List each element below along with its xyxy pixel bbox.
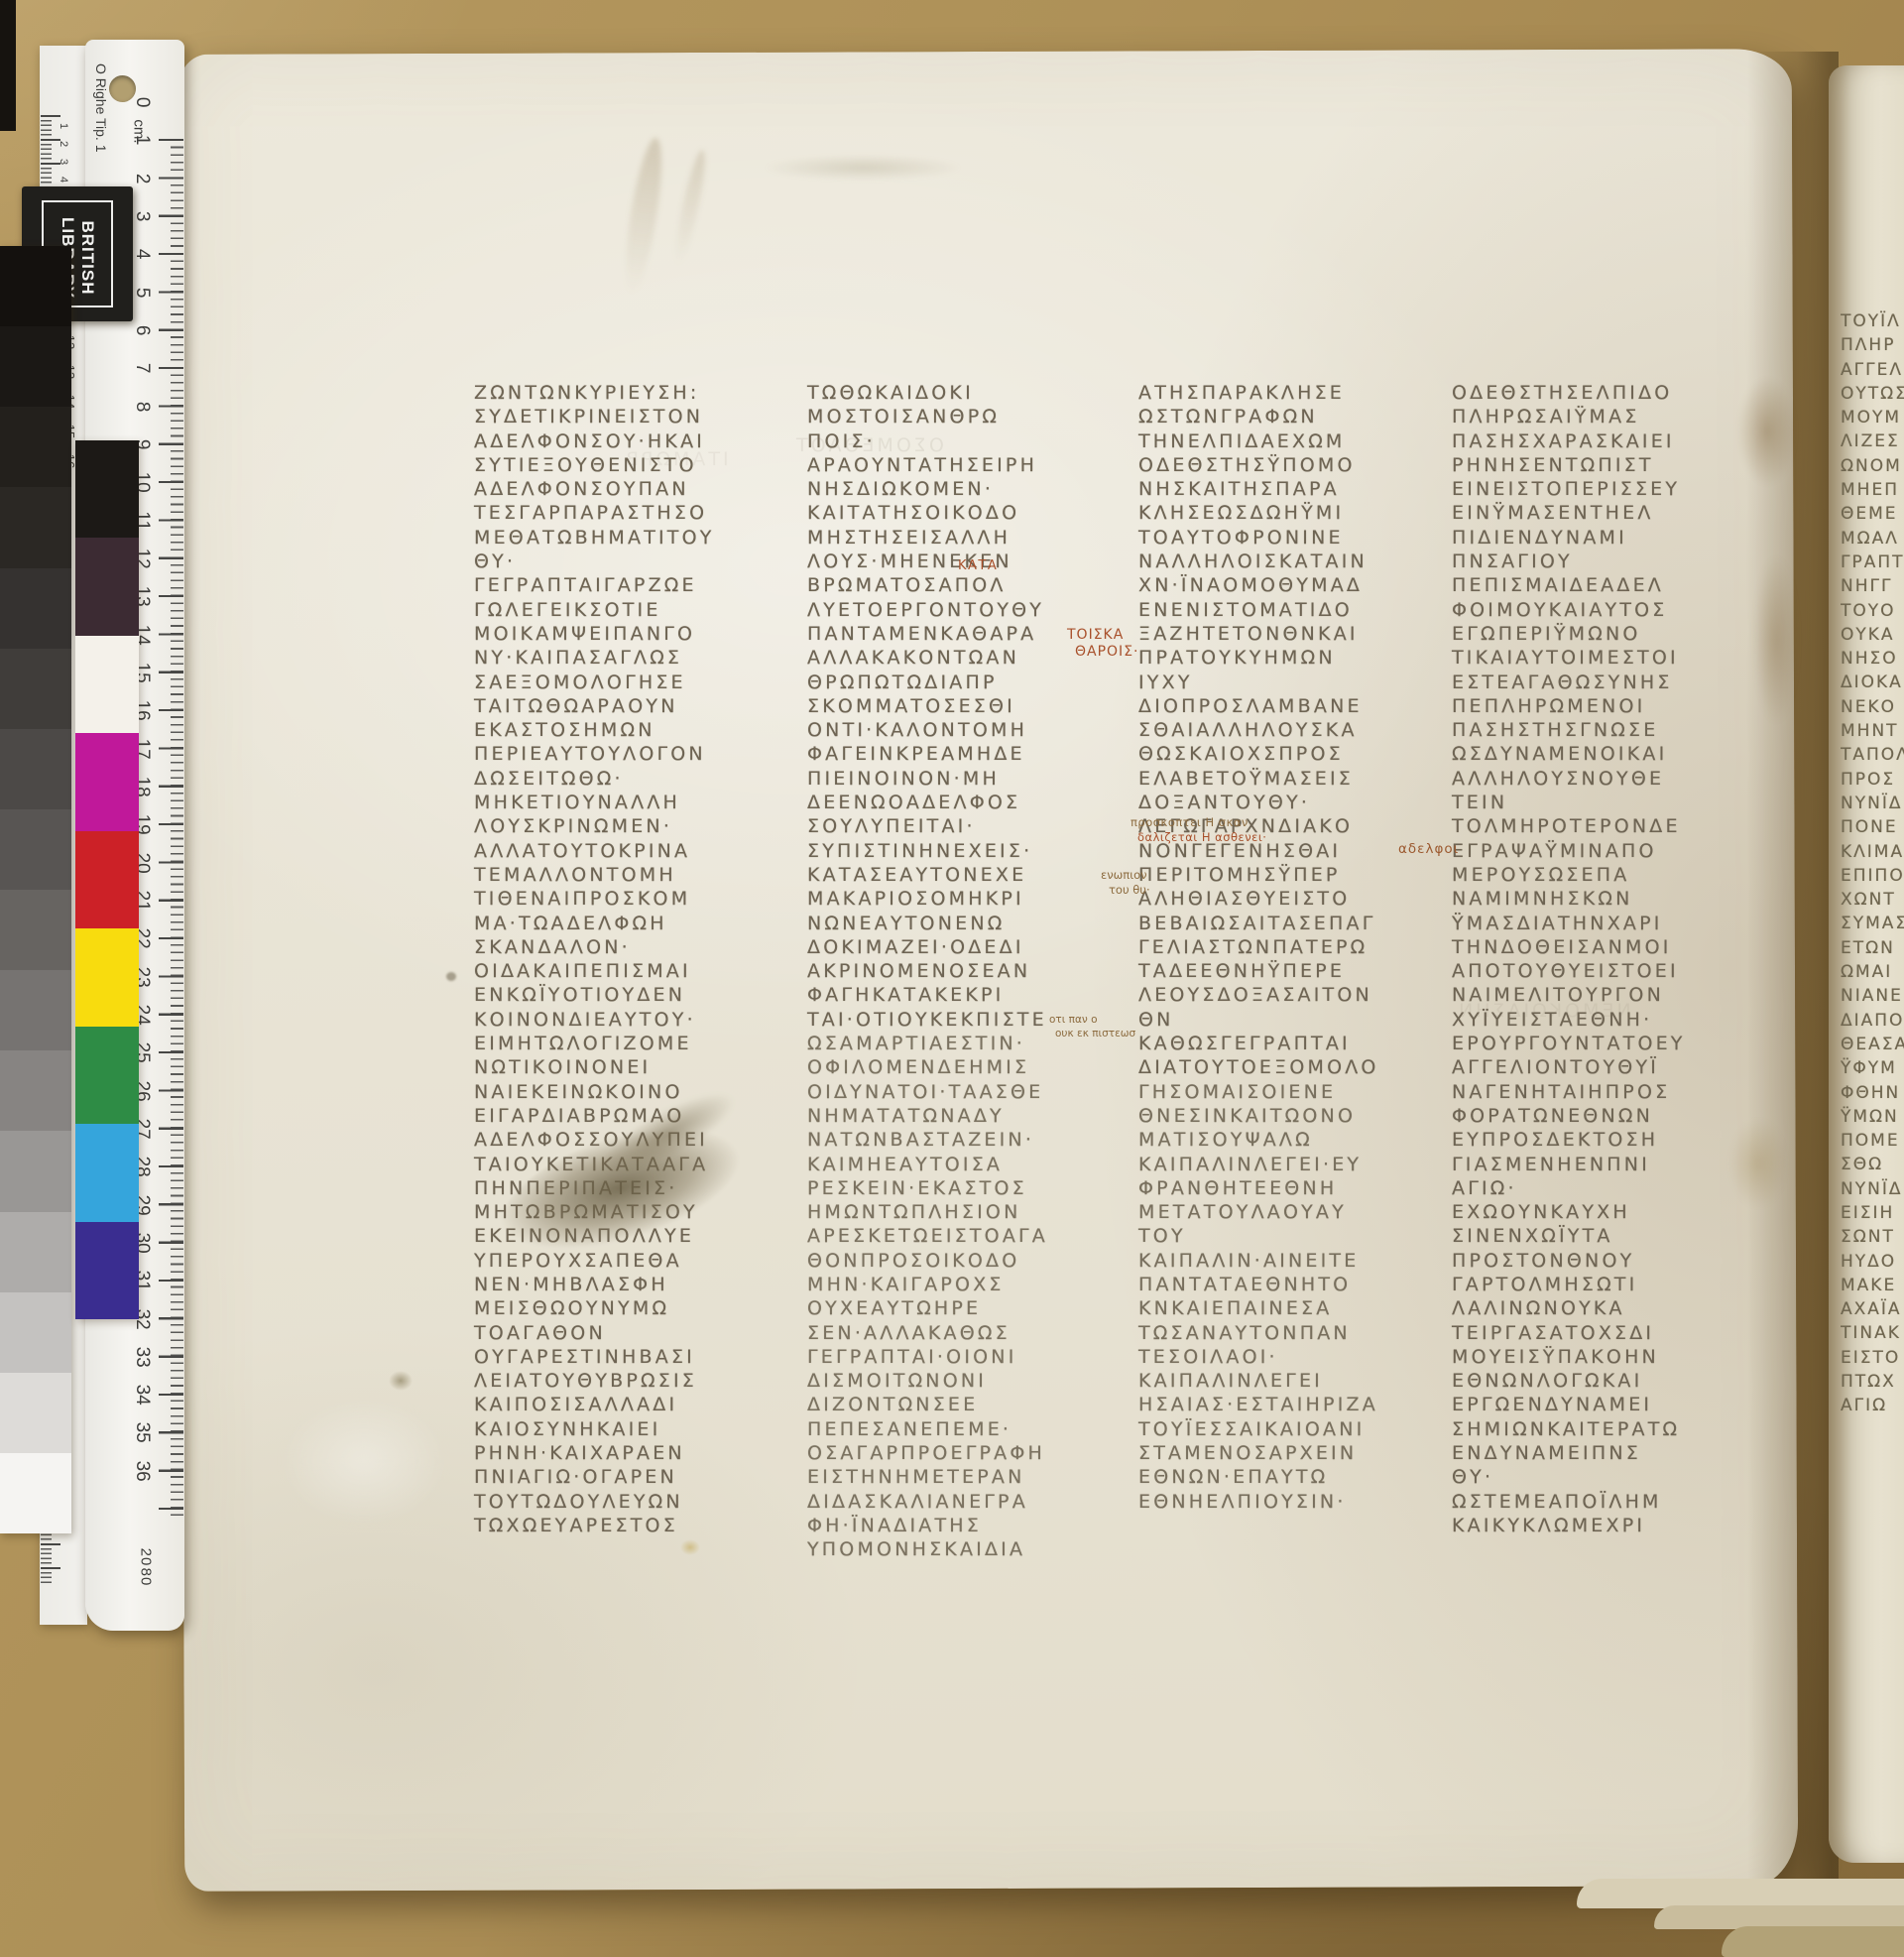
- manuscript-line: ΩΣΤΕΜΕΑΠΟΪΛΗΜ: [1452, 1490, 1753, 1514]
- manuscript-line: ΚΑΙΠΑΛΙΝΛΕΓΕΙ·ΕΥ: [1138, 1153, 1440, 1176]
- manuscript-line: ΤΙΚΑΙΑΥΤΟΙΜΕΣΤΟΙ: [1452, 646, 1753, 670]
- next-page-column: ΤΟΥΪΛΠΛΗΡΑΓΓΕΛΟΥΤΩΣΜΟΥΜΛΙΖΕΣΩΝΟΜΜΗΕΠΘΕΜΕ…: [1841, 309, 1904, 1418]
- manuscript-line: ΔΙΑΤΟΥΤΟΕΞΟΜΟΛΟ: [1138, 1055, 1440, 1079]
- manuscript-line: ΤΕΣΟΙΛΑΟΙ·: [1138, 1345, 1440, 1369]
- manuscript-line: ΝΑΙΕΚΕΙΝΩΚΟΙΝΟ: [474, 1080, 775, 1104]
- manuscript-line: ΦΑΓΕΙΝΚΡΕΑΜΗΔΕ: [807, 742, 1109, 766]
- ruler-number: 35: [115, 1416, 153, 1450]
- interlinear-gloss-pan-de: οτι παν ο: [1049, 1014, 1098, 1026]
- next-page-line: ΔΙΑΠΟ: [1841, 1009, 1904, 1033]
- manuscript-line: ΤΑΔΕΕΘΝΗΫΠΕΡΕ: [1138, 959, 1440, 983]
- manuscript-line: ΚΑΙΠΟΣΙΣΑΛΛΑΔΙ: [474, 1393, 775, 1416]
- manuscript-line: ΝΑΛΛΗΛΟΙΣΚΑΤΑΙΝ: [1138, 550, 1440, 573]
- next-page-line: ΤΟΥΟ: [1841, 599, 1904, 623]
- manuscript-line: ΜΗΣΤΗΣΕΙΣΑΛΛΗ: [807, 526, 1109, 550]
- manuscript-line: ΜΑ·ΤΩΑΔΕΛΦΩΗ: [474, 912, 775, 935]
- next-page-line: ΫΦΥΜ: [1841, 1056, 1904, 1080]
- next-page-line: ΜΗΕΠ: [1841, 478, 1904, 502]
- manuscript-line: ΘΝ: [1138, 1008, 1440, 1032]
- manuscript-line: ΘΩΣΚΑΙΟΧΣΠΡΟΣ: [1138, 742, 1440, 766]
- next-page-line: ΝΗΓΓ: [1841, 574, 1904, 598]
- manuscript-line: ΠΟΙΣ·: [807, 429, 1109, 453]
- manuscript-line: ΦΗ·ΪΝΑΔΙΑΤΗΣ: [807, 1514, 1109, 1537]
- ruler-number: 3: [52, 159, 69, 165]
- manuscript-line: ΕΓΡΑΨΑΫΜΙΝΑΠΟ: [1452, 839, 1753, 863]
- manuscript-line: ΧΝ·ΪΝΑΟΜΟΘΥΜΑΔ: [1138, 573, 1440, 597]
- next-page-line: ΤΙΝΑΚ: [1841, 1321, 1904, 1345]
- next-page-line: ΤΑΠΟΛ: [1841, 743, 1904, 767]
- ruler-number: 80: [134, 1568, 154, 1587]
- manuscript-line: ΑΛΛΑΚΑΚΟΝΤΩΑΝ: [807, 646, 1109, 670]
- manuscript-line: ΕΝΔΥΝΑΜΕΙΠΝΣ: [1452, 1441, 1753, 1465]
- manuscript-line: ΚΑΙΠΑΛΙΝ·ΑΙΝΕΙΤΕ: [1138, 1249, 1440, 1273]
- manuscript-line: ΜΗΚΕΤΙΟΥΝΑΛΛΗ: [474, 791, 775, 814]
- ruler-number: 34: [115, 1378, 153, 1411]
- manuscript-line: ΟΙΔΥΝΑΤΟΙ·ΤΑΑΣΘΕ: [807, 1080, 1109, 1104]
- manuscript-line: ΣΕΝ·ΑΛΛΑΚΑΘΩΣ: [807, 1321, 1109, 1345]
- ruler-number: 36: [115, 1454, 153, 1488]
- manuscript-line: ΔΙΖΟΝΤΩΝΣΕΕ: [807, 1393, 1109, 1416]
- manuscript-line: ΡΗΝΗΣΕΝΤΩΠΙΣΤ: [1452, 453, 1753, 477]
- manuscript-line: ΠΡΑΤΟΥΚΥΗΜΩΝ: [1138, 646, 1440, 670]
- manuscript-line: ΠΕΠΛΗΡΩΜΕΝΟΙ: [1452, 694, 1753, 718]
- manuscript-line: ΤΗΝΔΟΘΕΙΣΑΝΜΟΙ: [1452, 935, 1753, 959]
- manuscript-line: ΟΔΕΘΣΤΗΣΕΛΠΙΔΟ: [1452, 381, 1753, 405]
- manuscript-line: ΚΑΙΤΑΤΗΣΟΙΚΟΔΟ: [807, 501, 1109, 525]
- manuscript-line: ΠΙΔΙΕΝΔΥΝΑΜΙ: [1452, 526, 1753, 550]
- manuscript-line: ΕΙΣΤΗΝΗΜΕΤΕΡΑΝ: [807, 1465, 1109, 1489]
- manuscript-line: ΤΟΥ: [1138, 1224, 1440, 1248]
- manuscript-line: ΜΟΣΤΟΙΣΑΝΘΡΩ: [807, 405, 1109, 428]
- manuscript-line: ΕΙΜΗΤΩΛΟΓΙΖΟΜΕ: [474, 1032, 775, 1055]
- grayscale-patch: [0, 326, 71, 407]
- manuscript-line: ΚΛΗΣΕΩΣΔΩΗΫΜΙ: [1138, 501, 1440, 525]
- next-page-line: ΫΜΩΝ: [1841, 1105, 1904, 1129]
- manuscript-line: ΚΑΙΚΥΚΛΩΜΕΧΡΙ: [1452, 1514, 1753, 1537]
- manuscript-line: ΜΕΡΟΥΣΩΣΕΠΑ: [1452, 863, 1753, 887]
- manuscript-line: ΕΚΑΣΤΟΣΗΜΩΝ: [474, 718, 775, 742]
- manuscript-column-3: ΑΤΗΣΠΑΡΑΚΛΗΣΕΩΣΤΩΝΓΡΑΦΩΝΤΗΝΕΛΠΙΔΑΕΧΩΜΟΔΕ…: [1138, 381, 1440, 1514]
- manuscript-line: ΓΕΛΙΑΣΤΩΝΠΑΤΕΡΩ: [1138, 935, 1440, 959]
- photo-edge-strip: [0, 0, 16, 131]
- next-page-line: ΝΗΣΟ: [1841, 647, 1904, 671]
- grayscale-patch: [0, 1212, 71, 1292]
- manuscript-line: ΝΕΝ·ΜΗΒΛΑΣΦΗ: [474, 1273, 775, 1296]
- manuscript-line: ΑΡΑΟΥΝΤΑΤΗΣΕΙΡΗ: [807, 453, 1109, 477]
- manuscript-line: ΚΑΙΟΣΥΝΗΚΑΙΕΙ: [474, 1417, 775, 1441]
- manuscript-line: ΠΑΣΗΣΧΑΡΑΣΚΑΙΕΙ: [1452, 429, 1753, 453]
- grayscale-patch: [0, 970, 71, 1050]
- manuscript-line: ΚΑΘΩΣΓΕΓΡΑΠΤΑΙ: [1138, 1032, 1440, 1055]
- manuscript-line: ΕΘΝΩΝΛΟΓΩΚΑΙ: [1452, 1369, 1753, 1393]
- ruler-number: 8: [115, 390, 153, 424]
- manuscript-line: ΛΟΥΣΚΡΙΝΩΜΕΝ·: [474, 814, 775, 838]
- manuscript-line: ΣΑΕΞΟΜΟΛΟΓΗΣΕ: [474, 671, 775, 694]
- manuscript-line: ΤΕΙΡΓΑΣΑΤΟΧΣΔΙ: [1452, 1321, 1753, 1345]
- manuscript-line: ΠΕΠΕΣΑΝΕΠΕΜΕ·: [807, 1417, 1109, 1441]
- manuscript-line: ΑΡΕΣΚΕΤΩΕΙΣΤΟΑΓΑ: [807, 1224, 1109, 1248]
- next-page-line: ΟΥΤΩΣ: [1841, 382, 1904, 406]
- photograph-stage: ΟΣΟΜΕΘΑΟΤ ΝΕΜΟΚΩΙΔΣΗΝ ΙΤΑΜΩΡΒ ΖΩΝΤΩΝΚΥΡΙ…: [0, 0, 1904, 1957]
- grayscale-patch: [0, 407, 71, 487]
- manuscript-line: ΤΕΜΑΛΛΟΝΤΟΜΗ: [474, 863, 775, 887]
- ruler-side-numbers-upper: 1234: [58, 117, 63, 188]
- manuscript-line: ΠΛΗΡΩΣΑΙΫΜΑΣ: [1452, 405, 1753, 428]
- manuscript-line: ΤΟΛΜΗΡΟΤΕΡΟΝΔΕ: [1452, 814, 1753, 838]
- marginal-correction-tois-katharois: ΘΑΡΟΙΣ·: [1075, 644, 1138, 660]
- ruler-tick-marks: [159, 139, 183, 1520]
- manuscript-line: ΟΔΕΘΣΤΗΣΫΠΟΜΟ: [1138, 453, 1440, 477]
- manuscript-line: ΕΛΑΒΕΤΟΫΜΑΣΕΙΣ: [1138, 767, 1440, 791]
- ruler-number: 33: [115, 1340, 153, 1374]
- manuscript-line: ΑΛΗΘΙΑΣΘΥΕΙΣΤΟ: [1138, 887, 1440, 911]
- color-patch: [75, 928, 139, 1026]
- manuscript-line: ΒΕΒΑΙΩΣΑΙΤΑΣΕΠΑΓ: [1138, 912, 1440, 935]
- interlinear-gloss-proskoptei: δαλιζεται Η ασθενει·: [1137, 830, 1266, 844]
- marginal-note-adelphoi: αδελφοι: [1398, 841, 1459, 857]
- manuscript-line: ΝΩΝΕΑΥΤΟΝΕΝΩ: [807, 912, 1109, 935]
- manuscript-line: ΕΡΓΩΕΝΔΥΝΑΜΕΙ: [1452, 1393, 1753, 1416]
- manuscript-line: ΕΧΩΟΥΝΚΑΥΧΗ: [1452, 1200, 1753, 1224]
- manuscript-line: ΘΥ·: [474, 550, 775, 573]
- manuscript-column-4: ΟΔΕΘΣΤΗΣΕΛΠΙΔΟΠΛΗΡΩΣΑΙΫΜΑΣΠΑΣΗΣΧΑΡΑΣΚΑΙΕ…: [1452, 381, 1753, 1537]
- next-page-line: ΧΩΝΤ: [1841, 888, 1904, 912]
- next-page-line: ΠΟΝΕ: [1841, 815, 1904, 839]
- next-page-line: ΕΠΙΠΟ: [1841, 864, 1904, 888]
- page-stack-edge: [1577, 1879, 1904, 1908]
- next-page-line: ΑΓΙΩ: [1841, 1394, 1904, 1417]
- manuscript-line: ΗΜΩΝΤΩΠΛΗΣΙΟΝ: [807, 1200, 1109, 1224]
- next-page-line: ΩΜΑΙ: [1841, 960, 1904, 984]
- manuscript-line: ΣΚΟΜΜΑΤΟΣΕΣΘΙ: [807, 694, 1109, 718]
- manuscript-line: ΡΗΝΗ·ΚΑΙΧΑΡΑΕΝ: [474, 1441, 775, 1465]
- manuscript-line: ΜΑΤΙΣΟΥΨΑΛΩ: [1138, 1128, 1440, 1152]
- manuscript-line: ΗΣΑΙΑΣ·ΕΣΤΑΙΗΡΙΖΑ: [1138, 1393, 1440, 1416]
- grayscale-patch: [0, 1373, 71, 1453]
- manuscript-line: ΤΩΧΩΕΥΑΡΕΣΤΟΣ: [474, 1514, 775, 1537]
- next-page-line: ΜΩΑΛ: [1841, 527, 1904, 550]
- manuscript-line: ΝΗΜΑΤΑΤΩΝΑΔΥ: [807, 1104, 1109, 1128]
- manuscript-line: ΧΥΪΥΕΙΣΤΑΕΘΝΗ·: [1452, 1008, 1753, 1032]
- manuscript-line: ΘΡΩΠΩΤΩΔΙΑΠΡ: [807, 671, 1109, 694]
- manuscript-line: ΟΝΤΙ·ΚΑΛΟΝΤΟΜΗ: [807, 718, 1109, 742]
- manuscript-line: ΕΘΝΩΝ·ΕΠΑΥΤΩ: [1138, 1465, 1440, 1489]
- manuscript-line: ΓΩΛΕΓΕΙΚΣΟΤΙΕ: [474, 598, 775, 622]
- manuscript-line: ΤΑΙΟΥΚΕΤΙΚΑΤΑΑΓΑ: [474, 1153, 775, 1176]
- manuscript-line: ΜΕΙΣΘΩΟΥΝΥΜΩ: [474, 1296, 775, 1320]
- grayscale-patch: [0, 246, 71, 326]
- next-page-line: ΕΙΣΙΗ: [1841, 1201, 1904, 1225]
- manuscript-line: ΝΑΤΩΝΒΑΣΤΑΖΕΙΝ·: [807, 1128, 1109, 1152]
- next-page-line: ΟΥΚΑ: [1841, 623, 1904, 647]
- manuscript-line: ΜΑΚΑΡΙΟΣΟΜΗΚΡΙ: [807, 887, 1109, 911]
- ruler-side-label: O Righe Tip. 1: [93, 63, 109, 79]
- manuscript-line: ΤΑΙΤΩΘΩΑΡΑΟΥΝ: [474, 694, 775, 718]
- manuscript-line: ΚΝΚΑΙΕΠΑΙΝΕΣΑ: [1138, 1296, 1440, 1320]
- manuscript-line: ΠΕΠΙΣΜΑΙΔΕΑΔΕΛ: [1452, 573, 1753, 597]
- grayscale-patch: [0, 729, 71, 809]
- manuscript-line: ΣΚΑΝΔΑΛΟΝ·: [474, 935, 775, 959]
- interlinear-gloss-enopion: ενωπιον: [1101, 868, 1147, 882]
- next-page-line: ΚΛΙΜΑ: [1841, 840, 1904, 864]
- manuscript-line: ΑΓΙΩ·: [1452, 1176, 1753, 1200]
- next-page-line: ΓΡΑΠΤ: [1841, 550, 1904, 574]
- manuscript-line: ΙΥΧΥ: [1138, 671, 1440, 694]
- manuscript-line: ΤΗΝΕΛΠΙΔΑΕΧΩΜ: [1138, 429, 1440, 453]
- manuscript-line: ΜΕΤΑΤΟΥΛΑΟΥΑΥ: [1138, 1200, 1440, 1224]
- next-page-line: ΣΥΜΑΣ: [1841, 912, 1904, 935]
- interlinear-gloss-enopion: του θυ·: [1109, 883, 1150, 897]
- manuscript-line: ΘΥ·: [1452, 1465, 1753, 1489]
- manuscript-line: ΣΥΠΙΣΤΙΝΗΝΕΧΕΙΣ·: [807, 839, 1109, 863]
- manuscript-line: ΕΙΝΕΙΣΤΟΠΕΡΙΣΣΕΥ: [1452, 477, 1753, 501]
- ruler-number: 7: [115, 351, 153, 385]
- manuscript-line: ΣΗΜΙΩΝΚΑΙΤΕΡΑΤΩ: [1452, 1417, 1753, 1441]
- grayscale-patch: [0, 890, 71, 970]
- manuscript-line: ΓΕΓΡΑΠΤΑΙ·ΟΙΟΝΙ: [807, 1345, 1109, 1369]
- manuscript-line: ΕΝΚΩΪΥΟΤΙΟΥΔΕΝ: [474, 983, 775, 1007]
- manuscript-line: ΣΥΔΕΤΙΚΡΙΝΕΙΣΤΟΝ: [474, 405, 775, 428]
- manuscript-line: ΛΕΙΑΤΟΥΘΥΒΡΩΣΙΣ: [474, 1369, 775, 1393]
- grayscale-patch: [0, 568, 71, 649]
- manuscript-line: ΛΑΛΙΝΩΝΟΥΚΑ: [1452, 1296, 1753, 1320]
- manuscript-line: ΕΘΝΗΕΛΠΙΟΥΣΙΝ·: [1138, 1490, 1440, 1514]
- manuscript-line: ΔΩΣΕΙΤΩΘΩ·: [474, 767, 775, 791]
- manuscript-line: ΞΑΖΗΤΕΤΟΝΘΝΚΑΙ: [1138, 622, 1440, 646]
- marginal-correction-tois-katharois: ΤΟΙΣΚΑ: [1067, 627, 1124, 643]
- next-page-line: ΑΓΓΕΛ: [1841, 358, 1904, 382]
- next-page-line: ΜΟΥΜ: [1841, 406, 1904, 429]
- manuscript-line: ΕΥΠΡΟΣΔΕΚΤΟΣΗ: [1452, 1128, 1753, 1152]
- manuscript-line: ΝΗΣΔΙΩΚΟΜΕΝ·: [807, 477, 1109, 501]
- manuscript-line: ΠΕΡΙΕΑΥΤΟΥΛΟΓΟΝ: [474, 742, 775, 766]
- manuscript-line: ΜΗΝ·ΚΑΙΓΑΡΟΧΣ: [807, 1273, 1109, 1296]
- manuscript-line: ΑΠΟΤΟΥΘΥΕΙΣΤΟΕΙ: [1452, 959, 1753, 983]
- next-page-line: ΠΟΜΕ: [1841, 1129, 1904, 1153]
- manuscript-line: ΕΡΟΥΡΓΟΥΝΤΑΤΟΕΥ: [1452, 1032, 1753, 1055]
- manuscript-line: ΝΗΣΚΑΙΤΗΣΠΑΡΑ: [1138, 477, 1440, 501]
- manuscript-line: ΓΙΑΣΜΕΝΗΕΝΠΝΙ: [1452, 1153, 1753, 1176]
- manuscript-line: ΜΕΘΑΤΩΒΗΜΑΤΙΤΟΥ: [474, 526, 775, 550]
- color-patch: [75, 1027, 139, 1124]
- manuscript-line: ΜΗΤΩΒΡΩΜΑΤΙΣΟΥ: [474, 1200, 775, 1224]
- manuscript-line: ΔΙΣΜΟΙΤΩΝΟΝΙ: [807, 1369, 1109, 1393]
- grayscale-patch: [0, 1050, 71, 1131]
- ruler-number: 2: [52, 141, 69, 147]
- manuscript-line: ΝΑΓΕΝΗΤΑΙΗΠΡΟΣ: [1452, 1080, 1753, 1104]
- next-page-line: ΝΥΝΪΔ: [1841, 1177, 1904, 1201]
- page-stack-edge: [1722, 1926, 1904, 1957]
- manuscript-line: ΘΝΕΣΙΝΚΑΙΤΩΟΝΟ: [1138, 1104, 1440, 1128]
- ruler-number: 1: [52, 123, 69, 129]
- next-page-line: ΔΙΟΚΑ: [1841, 671, 1904, 694]
- manuscript-line: ΕΝΕΝΙΣΤΟΜΑΤΙΔΟ: [1138, 598, 1440, 622]
- ruler-number: 20: [134, 1548, 154, 1567]
- manuscript-line: ΑΔΕΛΦΟΝΣΟΥΠΑΝ: [474, 477, 775, 501]
- manuscript-line: ΣΘΑΙΑΛΛΗΛΟΥΣΚΑ: [1138, 718, 1440, 742]
- next-page-line: ΤΟΥΪΛ: [1841, 309, 1904, 333]
- manuscript-line: ΑΔΕΛΦΟΣΣΟΥΛΥΠΕΙ: [474, 1128, 775, 1152]
- color-calibration-strip: [75, 440, 139, 1319]
- color-patch: [75, 1124, 139, 1221]
- manuscript-line: ΟΦΙΛΟΜΕΝΔΕΗΜΙΣ: [807, 1055, 1109, 1079]
- manuscript-line: ΤΕΣΓΑΡΠΑΡΑΣΤΗΣΟ: [474, 501, 775, 525]
- manuscript-line: ΣΙΝΕΝΧΩΪΥΤΑ: [1452, 1224, 1753, 1248]
- manuscript-line: ΕΙΓΑΡΔΙΑΒΡΩΜΑΟ: [474, 1104, 775, 1128]
- manuscript-line: ΤΟΑΥΤΟΦΡΟΝΙΝΕ: [1138, 526, 1440, 550]
- manuscript-line: ΑΔΕΛΦΟΝΣΟΥ·ΗΚΑΙ: [474, 429, 775, 453]
- next-page-line: ΠΡΟΣ: [1841, 768, 1904, 792]
- ruler-number: 0: [115, 85, 153, 119]
- manuscript-line: ΡΕΣΚΕΙΝ·ΕΚΑΣΤΟΣ: [807, 1176, 1109, 1200]
- manuscript-line: ΝΑΙΜΕΛΙΤΟΥΡΓΟΝ: [1452, 983, 1753, 1007]
- next-page-line: ΝΕΚΟ: [1841, 695, 1904, 719]
- manuscript-line: ΦΑΓΗΚΑΤΑΚΕΚΡΙ: [807, 983, 1109, 1007]
- color-patch: [75, 1222, 139, 1319]
- next-page-line: ΘΕΑΣΑ: [1841, 1033, 1904, 1056]
- interlinear-gloss-pan-de: ουκ εκ πιστεωσ: [1055, 1028, 1135, 1040]
- manuscript-line: ΠΕΡΙΤΟΜΗΣΫΠΕΡ: [1138, 863, 1440, 887]
- manuscript-line: ΤΩΘΩΚΑΙΔΟΚΙ: [807, 381, 1109, 405]
- next-page-line: ΣΘΩ: [1841, 1153, 1904, 1176]
- manuscript-line: ΑΚΡΙΝΟΜΕΝΟΣΕΑΝ: [807, 959, 1109, 983]
- manuscript-line: ΝΑΜΙΜΝΗΣΚΩΝ: [1452, 887, 1753, 911]
- manuscript-line: ΝΩΤΙΚΟΙΝΟΝΕΙ: [474, 1055, 775, 1079]
- manuscript-line: ΠΑΝΤΑΜΕΝΚΑΘΑΡΑ: [807, 622, 1109, 646]
- interlinear-gloss-proskoptei: προσκοπτει Η σκαν: [1130, 815, 1249, 829]
- manuscript-line: ΑΛΛΗΛΟΥΣΝΟΥΘΕ: [1452, 767, 1753, 791]
- color-patch: [75, 831, 139, 928]
- manuscript-line: ΚΑΙΜΗΕΑΥΤΟΙΣΑ: [807, 1153, 1109, 1176]
- grayscale-patch: [0, 809, 71, 890]
- manuscript-line: ΟΥΧΕΑΥΤΩΗΡΕ: [807, 1296, 1109, 1320]
- next-page-line: ΘΕΜΕ: [1841, 502, 1904, 526]
- manuscript-line: ΑΤΗΣΠΑΡΑΚΛΗΣΕ: [1138, 381, 1440, 405]
- grayscale-patch: [0, 487, 71, 567]
- manuscript-line: ΥΠΕΡΟΥΧΣΑΠΕΘΑ: [474, 1249, 775, 1273]
- next-page-line: ΕΙΣΤΟ: [1841, 1346, 1904, 1370]
- manuscript-line: ΔΕΕΝΩΟΑΔΕΛΦΟΣ: [807, 791, 1109, 814]
- manuscript-line: ΘΟΝΠΡΟΣΟΙΚΟΔΟ: [807, 1249, 1109, 1273]
- next-page-line: ΩΝΟΜ: [1841, 454, 1904, 478]
- manuscript-line: ΓΗΣΟΜΑΙΣΟΙΕΝΕ: [1138, 1080, 1440, 1104]
- manuscript-line: ΠΑΣΗΣΤΗΣΓΝΩΣΕ: [1452, 718, 1753, 742]
- next-page-line: ΦΘΗΝ: [1841, 1081, 1904, 1105]
- manuscript-line: ΟΥΓΑΡΕΣΤΙΝΗΒΑΣΙ: [474, 1345, 775, 1369]
- ruler-number: 4: [52, 177, 69, 183]
- grayscale-patch: [0, 649, 71, 729]
- next-page-line: ΕΤΩΝ: [1841, 936, 1904, 960]
- grayscale-patch: [0, 1292, 71, 1373]
- next-page-line: ΣΩΝΤ: [1841, 1225, 1904, 1249]
- manuscript-line: ΠΗΝΠΕΡΙΠΑΤΕΙΣ·: [474, 1176, 775, 1200]
- grayscale-calibration-strip: [0, 246, 71, 1533]
- manuscript-line: ΤΕΙΝ: [1452, 791, 1753, 814]
- manuscript-line: ΠΑΝΤΑΤΑΕΘΝΗΤΟ: [1138, 1273, 1440, 1296]
- manuscript-line: ΤΟΥΤΩΔΟΥΛΕΥΩΝ: [474, 1490, 775, 1514]
- manuscript-line: ΤΟΑΓΑΘΟΝ: [474, 1321, 775, 1345]
- next-page-line: ΠΤΩΧ: [1841, 1370, 1904, 1394]
- manuscript-line: ΠΝΙΑΓΙΩ·ΟΓΑΡΕΝ: [474, 1465, 775, 1489]
- manuscript-line: ΑΓΓΕΛΙΟΝΤΟΥΘΥΪ: [1452, 1055, 1753, 1079]
- manuscript-line: ΜΟΙΚΑΜΨΕΙΠΑΝΓΟ: [474, 622, 775, 646]
- next-page-line: ΜΑΚΕ: [1841, 1274, 1904, 1297]
- manuscript-line: ΝΥ·ΚΑΙΠΑΣΑΓΛΩΣ: [474, 646, 775, 670]
- ruler-end-numbers: 2080: [135, 1547, 154, 1587]
- manuscript-line: ΛΕΟΥΣΔΟΞΑΣΑΙΤΟΝ: [1138, 983, 1440, 1007]
- manuscript-line: ΔΙΔΑΣΚΑΛΙΑΝΕΓΡΑ: [807, 1490, 1109, 1514]
- next-page-line: ΜΗΝΤ: [1841, 719, 1904, 743]
- manuscript-line: ΓΑΡΤΟΛΜΗΣΩΤΙ: [1452, 1273, 1753, 1296]
- next-page-line: ΗΥΔΟ: [1841, 1250, 1904, 1274]
- manuscript-line: ΤΙΘΕΝΑΙΠΡΟΣΚΟΜ: [474, 887, 775, 911]
- manuscript-line: ΔΟΞΑΝΤΟΥΘΥ·: [1138, 791, 1440, 814]
- manuscript-line: ΟΙΔΑΚΑΙΠΕΠΙΣΜΑΙ: [474, 959, 775, 983]
- manuscript-line: ΑΛΛΑΤΟΥΤΟΚΡΙΝΑ: [474, 839, 775, 863]
- manuscript-line: ΣΤΑΜΕΝΟΣΑΡΧΕΙΝ: [1138, 1441, 1440, 1465]
- manuscript-line: ΖΩΝΤΩΝΚΥΡΙΕΥΣΗ:: [474, 381, 775, 405]
- manuscript-line: ΒΡΩΜΑΤΟΣΑΠΟΛ: [807, 573, 1109, 597]
- next-page-line: ΠΛΗΡ: [1841, 333, 1904, 357]
- manuscript-line: ΠΙΕΙΝΟΙΝΟΝ·ΜΗ: [807, 767, 1109, 791]
- manuscript-line: ΜΟΥΕΙΣΫΠΑΚΟΗΝ: [1452, 1345, 1753, 1369]
- manuscript-line: ΠΡΟΣΤΟΝΘΝΟΥ: [1452, 1249, 1753, 1273]
- manuscript-line: ΚΑΙΠΑΛΙΝΛΕΓΕΙ: [1138, 1369, 1440, 1393]
- manuscript-line: ΕΓΩΠΕΡΙΫΜΩΝΟ: [1452, 622, 1753, 646]
- manuscript-line: ΟΣΑΓΑΡΠΡΟΕΓΡΑΦΗ: [807, 1441, 1109, 1465]
- manuscript-line: ΠΝΣΑΓΙΟΥ: [1452, 550, 1753, 573]
- manuscript-line: ΦΟΡΑΤΩΝΕΘΝΩΝ: [1452, 1104, 1753, 1128]
- color-patch: [75, 440, 139, 538]
- manuscript-line: ΔΙΟΠΡΟΣΛΑΜΒΑΝΕ: [1138, 694, 1440, 718]
- manuscript-line: ΤΩΣΑΝΑΥΤΟΝΠΑΝ: [1138, 1321, 1440, 1345]
- manuscript-line: ΕΚΕΙΝΟΝΑΠΟΛΛΥΕ: [474, 1224, 775, 1248]
- color-patch: [75, 538, 139, 635]
- grayscale-patch: [0, 1131, 71, 1211]
- marginal-correction-kata: ΚΑΤΑ: [958, 558, 998, 573]
- color-patch: [75, 733, 139, 830]
- next-page-line: ΑΧΑΪΑ: [1841, 1297, 1904, 1321]
- manuscript-line: ΩΣΔΥΝΑΜΕΝΟΙΚΑΙ: [1452, 742, 1753, 766]
- manuscript-line: ΔΟΚΙΜΑΖΕΙ·ΟΔΕΔΙ: [807, 935, 1109, 959]
- manuscript-line: ΤΟΥΪΕΣΣΑΙΚΑΙΟΑΝΙ: [1138, 1417, 1440, 1441]
- manuscript-line: ΥΠΟΜΟΝΗΣΚΑΙΔΙΑ: [807, 1537, 1109, 1561]
- manuscript-line: ΛΥΕΤΟΕΡΓΟΝΤΟΥΘΥ: [807, 598, 1109, 622]
- manuscript-line: ΦΟΙΜΟΥΚΑΙΑΥΤΟΣ: [1452, 598, 1753, 622]
- next-page-line: ΝΙΑΝΕ: [1841, 984, 1904, 1008]
- manuscript-line: ΚΑΤΑΣΕΑΥΤΟΝΕΧΕ: [807, 863, 1109, 887]
- manuscript-line: ΕΣΤΕΑΓΑΘΩΣΥΝΗΣ: [1452, 671, 1753, 694]
- next-page-line: ΛΙΖΕΣ: [1841, 429, 1904, 453]
- manuscript-line: ΫΜΑΣΔΙΑΤΗΝΧΑΡΙ: [1452, 912, 1753, 935]
- manuscript-line: ΦΡΑΝΘΗΤΕΕΘΝΗ: [1138, 1176, 1440, 1200]
- manuscript-line: ΚΟΙΝΟΝΔΙΕΑΥΤΟΥ·: [474, 1008, 775, 1032]
- manuscript-column-1: ΖΩΝΤΩΝΚΥΡΙΕΥΣΗ:ΣΥΔΕΤΙΚΡΙΝΕΙΣΤΟΝΑΔΕΛΦΟΝΣΟ…: [474, 381, 775, 1537]
- manuscript-line: ΕΙΝΫΜΑΣΕΝΤΗΕΛ: [1452, 501, 1753, 525]
- grayscale-patch: [0, 1453, 71, 1533]
- color-patch: [75, 636, 139, 733]
- manuscript-line: ΩΣΤΩΝΓΡΑΦΩΝ: [1138, 405, 1440, 428]
- manuscript-line: ΓΕΓΡΑΠΤΑΙΓΑΡΖΩΕ: [474, 573, 775, 597]
- ruler-number: 1: [115, 123, 153, 157]
- manuscript-line: ΣΟΥΛΥΠΕΙΤΑΙ·: [807, 814, 1109, 838]
- next-page-line: ΝΥΝΪΔ: [1841, 792, 1904, 815]
- manuscript-line: ΣΥΤΙΕΞΟΥΘΕΝΙΣΤΟ: [474, 453, 775, 477]
